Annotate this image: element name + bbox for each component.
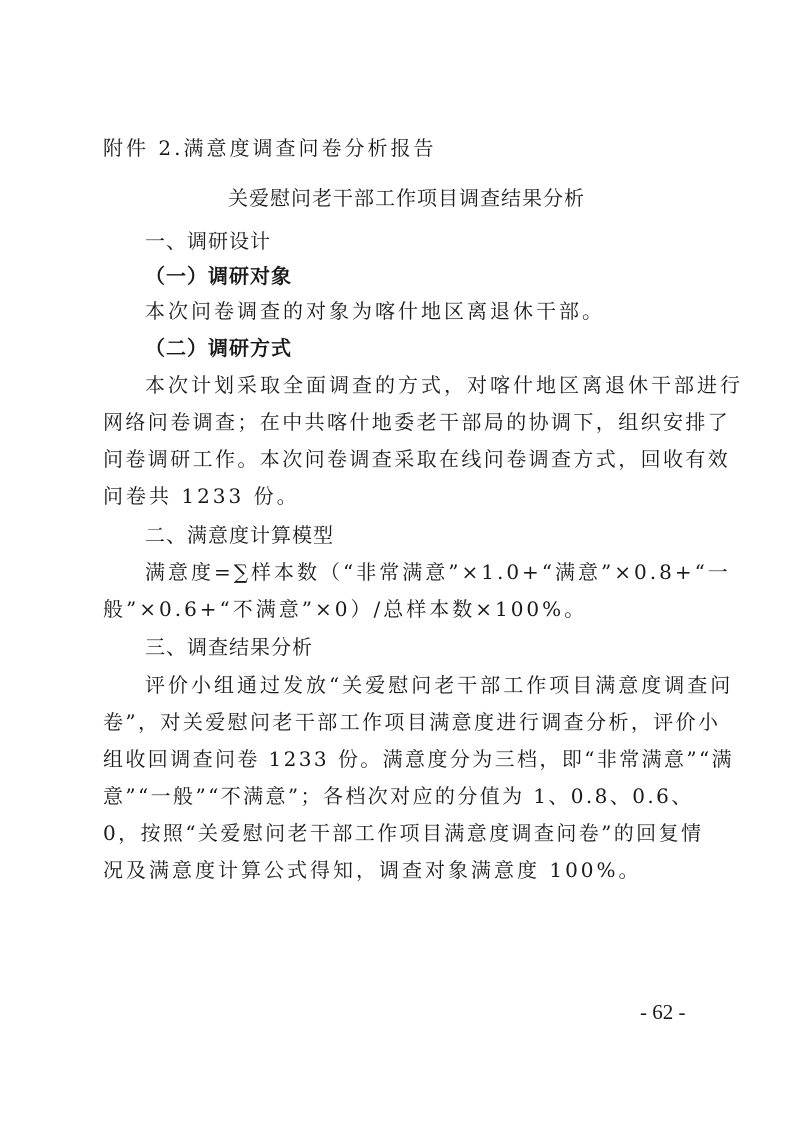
paragraph-line: 问卷共 1233 份。 bbox=[103, 483, 703, 509]
paragraph-line: 况及满意度计算公式得知，调查对象满意度 100%。 bbox=[103, 857, 703, 883]
paragraph-line: 问卷调研工作。本次问卷调查采取在线问卷调查方式，回收有效 bbox=[103, 446, 703, 472]
paragraph-line: 意”“一般”“不满意”；各档次对应的分值为 1、0.8、0.6、 bbox=[103, 783, 703, 809]
formula-line: 般”×0.6+“不满意”×0）/总样本数×100%。 bbox=[103, 596, 703, 622]
paragraph-line: 网络问卷调查；在中共喀什地委老干部局的协调下，组织安排了 bbox=[103, 409, 703, 435]
section-heading-1: 一、调研设计 bbox=[145, 228, 745, 254]
formula-line: 满意度=∑样本数（“非常满意”×1.0+“满意”×0.8+“一 bbox=[145, 559, 745, 585]
section-heading-3: 三、调查结果分析 bbox=[145, 634, 745, 660]
section-heading-2: 二、满意度计算模型 bbox=[145, 522, 745, 548]
subsection-heading-1: （一）调研对象 bbox=[145, 263, 745, 289]
paragraph-line: 卷”，对关爱慰问老干部工作项目满意度进行调查分析，评价小 bbox=[103, 709, 703, 735]
paragraph-line: 组收回调查问卷 1233 份。满意度分为三档，即“非常满意”“满 bbox=[103, 746, 703, 772]
paragraph-line: 评价小组通过发放“关爱慰问老干部工作项目满意度调查问 bbox=[145, 672, 745, 698]
document-title: 关爱慰问老干部工作项目调查结果分析 bbox=[0, 185, 793, 211]
paragraph-line: 本次计划采取全面调查的方式，对喀什地区离退休干部进行 bbox=[145, 372, 745, 398]
document-page: 附件 2.满意度调查问卷分析报告 关爱慰问老干部工作项目调查结果分析 一、调研设… bbox=[0, 0, 793, 1122]
page-number: - 62 - bbox=[640, 1000, 686, 1025]
subsection-heading-2: （二）调研方式 bbox=[145, 335, 745, 361]
attachment-label: 附件 2.满意度调查问卷分析报告 bbox=[103, 135, 703, 161]
paragraph-line: 本次问卷调查的对象为喀什地区离退休干部。 bbox=[145, 298, 745, 324]
paragraph-line: 0，按照“关爱慰问老干部工作项目满意度调查问卷”的回复情 bbox=[103, 820, 703, 846]
